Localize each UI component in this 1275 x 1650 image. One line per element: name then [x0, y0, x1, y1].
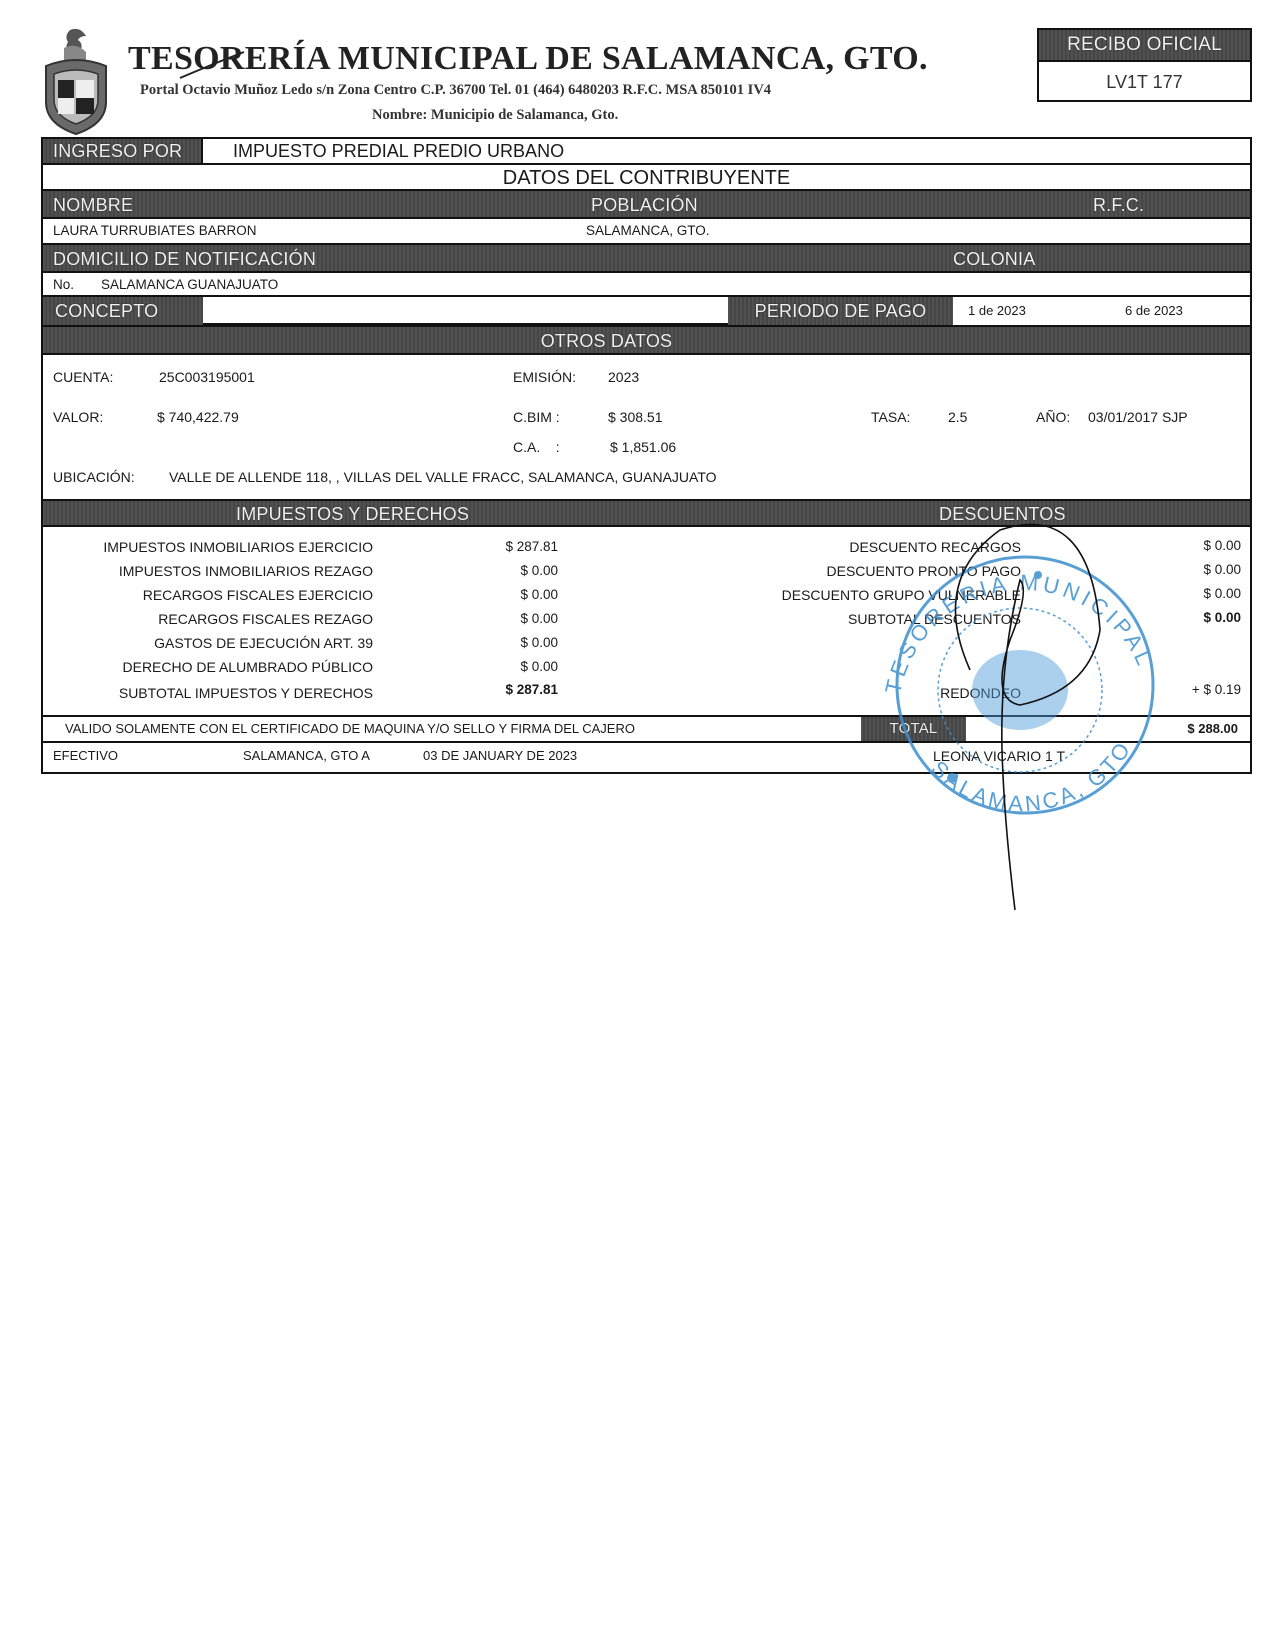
- impuesto-label: IMPUESTOS INMOBILIARIOS REZAGO: [119, 563, 373, 579]
- issuer-name: Nombre: Municipio de Salamanca, Gto.: [372, 107, 618, 124]
- poblacion-label: POBLACIÓN: [591, 191, 698, 219]
- tasa-value: 2.5: [948, 409, 967, 425]
- concepto-row: CONCEPTO PERIODO DE PAGO 1 de 2023 6 de …: [43, 295, 1250, 325]
- periodo-label: PERIODO DE PAGO: [728, 297, 953, 325]
- cuenta-label: CUENTA:: [53, 369, 113, 385]
- contribuyente-values-row: LAURA TURRUBIATES BARRON SALAMANCA, GTO.: [43, 217, 1250, 243]
- issuer-address: Portal Octavio Muñoz Ledo s/n Zona Centr…: [140, 82, 771, 99]
- impuestos-descuentos-header: IMPUESTOS Y DERECHOS DESCUENTOS: [43, 499, 1250, 525]
- municipal-crest-logo: [40, 26, 112, 138]
- otros-datos-title: OTROS DATOS: [541, 331, 673, 351]
- domicilio-value: SALAMANCA GUANAJUATO: [101, 273, 278, 296]
- otros-datos-header: OTROS DATOS: [43, 325, 1250, 353]
- cuenta-value: 25C003195001: [159, 369, 255, 385]
- impuesto-label: IMPUESTOS INMOBILIARIOS EJERCICIO: [103, 539, 373, 555]
- ingreso-row: INGRESO POR IMPUESTO PREDIAL PREDIO URBA…: [43, 139, 1250, 163]
- total-label: TOTAL: [861, 717, 966, 741]
- ubicacion-value: VALLE DE ALLENDE 118, , VILLAS DEL VALLE…: [169, 469, 717, 485]
- impuesto-label: GASTOS DE EJECUCIÓN ART. 39: [154, 635, 373, 651]
- domicilio-label: DOMICILIO DE NOTIFICACIÓN: [53, 245, 316, 273]
- ingreso-value: IMPUESTO PREDIAL PREDIO URBANO: [233, 139, 564, 163]
- rfc-label: R.F.C.: [1093, 191, 1144, 219]
- descuentos-subtotal-amount: $ 0.00: [1203, 610, 1241, 625]
- handwritten-slash-mark: [178, 48, 248, 82]
- impuesto-amount: $ 0.00: [520, 587, 558, 602]
- validez-row: VALIDO SOLAMENTE CON EL CERTIFICADO DE M…: [43, 715, 1250, 741]
- contribuyente-header-bar: NOMBRE POBLACIÓN R.F.C.: [43, 189, 1250, 217]
- forma-pago: EFECTIVO: [53, 743, 118, 769]
- colonia-label: COLONIA: [953, 245, 1035, 273]
- impuestos-title: IMPUESTOS Y DERECHOS: [236, 501, 469, 527]
- domicilio-header-bar: DOMICILIO DE NOTIFICACIÓN COLONIA: [43, 243, 1250, 271]
- impuesto-label: DERECHO DE ALUMBRADO PÚBLICO: [123, 659, 374, 675]
- cajero: LEONA VICARIO 1 T: [933, 743, 1065, 769]
- anio-label: AÑO:: [1036, 409, 1070, 425]
- impuesto-amount: $ 287.81: [505, 539, 558, 554]
- receipt-label: RECIBO OFICIAL: [1039, 30, 1250, 60]
- total-value: $ 288.00: [1187, 717, 1238, 741]
- ingreso-label: INGRESO POR: [43, 139, 203, 163]
- impuesto-amount: $ 0.00: [520, 659, 558, 674]
- descuento-label: DESCUENTO RECARGOS: [849, 539, 1021, 555]
- descuento-label: DESCUENTO GRUPO VULNERABLE: [782, 587, 1021, 603]
- descuento-amount: $ 0.00: [1203, 538, 1241, 553]
- descuentos-title: DESCUENTOS: [939, 501, 1066, 527]
- redondeo-label: REDONDEO: [940, 685, 1021, 701]
- impuestos-list: IMPUESTOS INMOBILIARIOS EJERCICIO$ 287.8…: [43, 527, 603, 717]
- emision-label: EMISIÓN:: [513, 369, 576, 385]
- concepto-value: [203, 297, 733, 325]
- validez-text: VALIDO SOLAMENTE CON EL CERTIFICADO DE M…: [65, 717, 635, 741]
- contribuyente-nombre: LAURA TURRUBIATES BARRON: [53, 219, 257, 243]
- emision-value: 2023: [608, 369, 639, 385]
- periodo-fin: 6 de 2023: [1125, 297, 1183, 325]
- impuestos-subtotal-amount: $ 287.81: [505, 682, 558, 697]
- descuento-amount: $ 0.00: [1203, 586, 1241, 601]
- redondeo-amount: + $ 0.19: [1192, 682, 1241, 697]
- descuentos-list: DESCUENTO RECARGOS$ 0.00DESCUENTO PRONTO…: [603, 527, 1253, 717]
- ubicacion-label: UBICACIÓN:: [53, 469, 135, 485]
- receipt-number: LV1T 177: [1039, 60, 1250, 102]
- periodo-inicio: 1 de 2023: [968, 297, 1026, 325]
- descuento-label: DESCUENTO PRONTO PAGO: [827, 563, 1021, 579]
- tasa-label: TASA:: [871, 409, 910, 425]
- concepto-label: CONCEPTO: [43, 297, 203, 325]
- impuesto-label: RECARGOS FISCALES REZAGO: [158, 611, 373, 627]
- impuesto-amount: $ 0.00: [520, 563, 558, 578]
- impuesto-amount: $ 0.00: [520, 611, 558, 626]
- ca-label: C.A. :: [513, 439, 560, 455]
- payment-info-row: EFECTIVO SALAMANCA, GTO A 03 DE JANUARY …: [43, 741, 1250, 772]
- anio-value: 03/01/2017 SJP: [1088, 409, 1188, 425]
- descuento-amount: $ 0.00: [1203, 562, 1241, 577]
- valor-label: VALOR:: [53, 409, 103, 425]
- impuesto-amount: $ 0.00: [520, 635, 558, 650]
- valor-value: $ 740,422.79: [157, 409, 239, 425]
- domicilio-values-row: No. SALAMANCA GUANAJUATO: [43, 271, 1250, 297]
- otros-datos-body: CUENTA: 25C003195001 EMISIÓN: 2023 VALOR…: [43, 353, 1250, 499]
- impuestos-descuentos-body: IMPUESTOS INMOBILIARIOS EJERCICIO$ 287.8…: [43, 525, 1250, 715]
- fecha: 03 DE JANUARY DE 2023: [423, 743, 577, 769]
- receipt-table: INGRESO POR IMPUESTO PREDIAL PREDIO URBA…: [41, 137, 1252, 774]
- cbim-label: C.BIM :: [513, 409, 560, 425]
- impuesto-label: RECARGOS FISCALES EJERCICIO: [143, 587, 373, 603]
- no-label: No.: [53, 273, 74, 296]
- cbim-value: $ 308.51: [608, 409, 663, 425]
- ca-value: $ 1,851.06: [610, 439, 676, 455]
- lugar: SALAMANCA, GTO A: [243, 743, 370, 769]
- descuentos-subtotal-label: SUBTOTAL DESCUENTOS: [848, 611, 1021, 627]
- nombre-label: NOMBRE: [53, 191, 133, 219]
- contribuyente-poblacion: SALAMANCA, GTO.: [586, 219, 710, 243]
- impuestos-subtotal-label: SUBTOTAL IMPUESTOS Y DERECHOS: [119, 685, 373, 701]
- receipt-number-box: RECIBO OFICIAL LV1T 177: [1037, 28, 1252, 102]
- section-title-contribuyente: DATOS DEL CONTRIBUYENTE: [43, 163, 1250, 189]
